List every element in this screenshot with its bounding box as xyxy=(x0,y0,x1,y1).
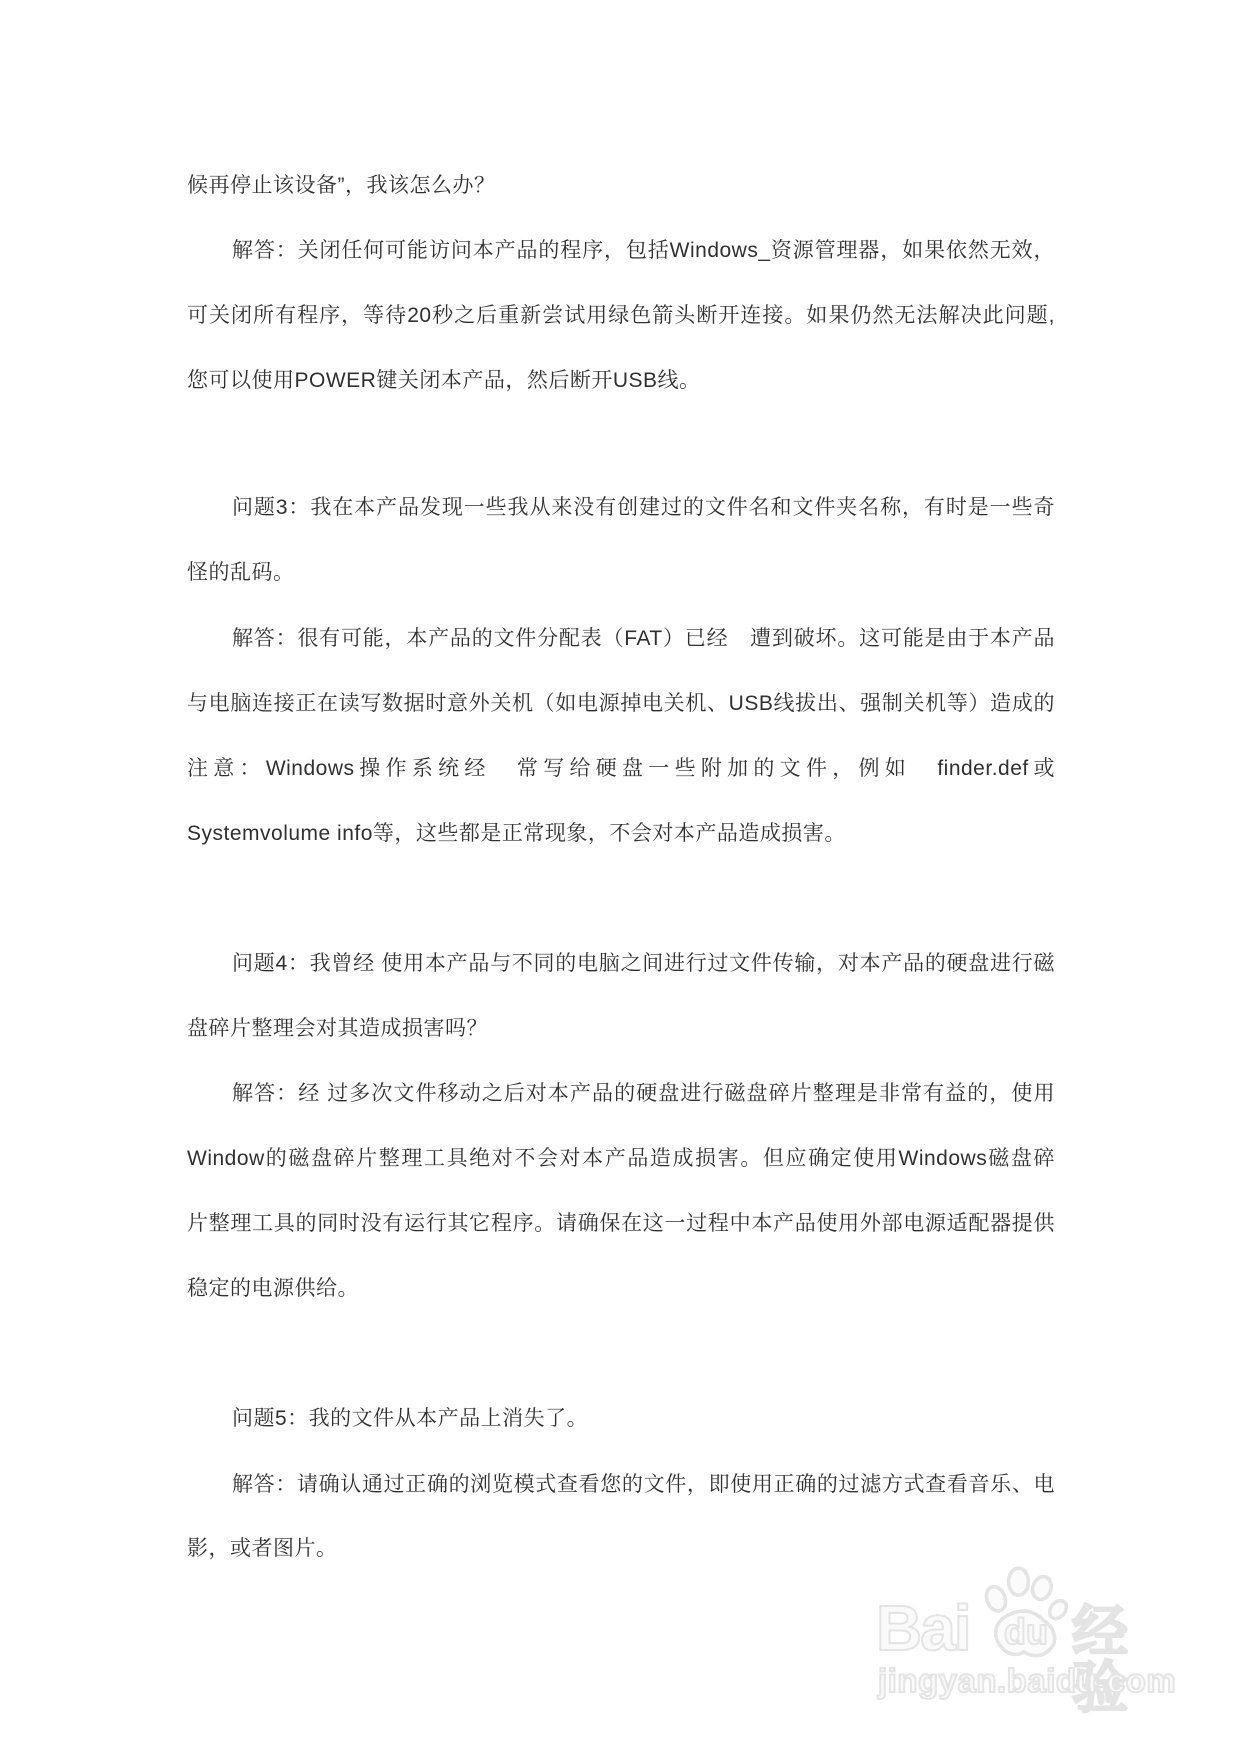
text-line: 影，或者图片。 xyxy=(187,1534,338,1566)
watermark-bai-text: Bai xyxy=(876,1596,970,1660)
text-line: 与电脑连接正在读写数据时意外关机（如电源掉电关机、USB线拔出、强制关机等）造成… xyxy=(187,689,1055,721)
text-line: 问题4：我曾经 使用本产品与不同的电脑之间进行过文件传输，对本产品的硬盘进行磁 xyxy=(232,949,1055,981)
text-line: 问题3：我在本产品发现一些我从来没有创建过的文件名和文件夹名称，有时是一些奇 xyxy=(232,493,1055,525)
text-line: 问题5：我的文件从本产品上消失了。 xyxy=(232,1404,588,1436)
text-line: 解答：很有可能，本产品的文件分配表（FAT）已经 遭到破坏。这可能是由于本产品 xyxy=(232,624,1055,656)
text-line: 解答：关闭任何可能访问本产品的程序，包括Windows_资源管理器，如果依然无效… xyxy=(232,236,1055,268)
document-lines: 候再停止该设备”，我该怎么办？解答：关闭任何可能访问本产品的程序，包括Windo… xyxy=(187,0,1055,1754)
watermark-jingyan-text: 经验 xyxy=(1072,1604,1186,1716)
text-line: 您可以使用POWER键关闭本产品，然后断开USB线。 xyxy=(187,366,701,398)
document-page: 候再停止该设备”，我该怎么办？解答：关闭任何可能访问本产品的程序，包括Windo… xyxy=(0,0,1240,1754)
text-line: Window的磁盘碎片整理工具绝对不会对本产品造成损害。但应确定使用Window… xyxy=(187,1144,1055,1176)
text-line: Systemvolume info等，这些都是正常现象，不会对本产品造成损害。 xyxy=(187,819,846,851)
watermark-logo-row: Bai du 经验 xyxy=(876,1566,1186,1664)
watermark-du-text: du xyxy=(1004,1614,1048,1650)
watermark-url: jingyan.baidu.com xyxy=(878,1664,1176,1697)
text-line: 稳定的电源供给。 xyxy=(187,1274,359,1306)
text-line: 解答：经 过多次文件移动之后对本产品的硬盘进行磁盘碎片整理是非常有益的，使用 xyxy=(232,1079,1055,1111)
text-line: 解答：请确认通过正确的浏览模式查看您的文件，即使用正确的过滤方式查看音乐、电 xyxy=(232,1470,1055,1502)
baidu-paw-icon: du xyxy=(978,1566,1068,1664)
text-line: 片整理工具的同时没有运行其它程序。请确保在这一过程中本产品使用外部电源适配器提供 xyxy=(187,1209,1055,1241)
text-line: 盘碎片整理会对其造成损害吗？ xyxy=(187,1014,488,1046)
text-line: 候再停止该设备”，我该怎么办？ xyxy=(187,171,496,203)
text-line: 可关闭所有程序，等待20秒之后重新尝试用绿色箭头断开连接。如果仍然无法解决此问题… xyxy=(187,301,1055,333)
text-line: 怪的乱码。 xyxy=(187,558,295,590)
text-line: 注意：Windows操作系统经 常写给硬盘一些附加的文件，例如 finder.d… xyxy=(187,754,1055,786)
baidu-jingyan-watermark: Bai du 经验 jingyan.baidu.com xyxy=(876,1566,1186,1716)
